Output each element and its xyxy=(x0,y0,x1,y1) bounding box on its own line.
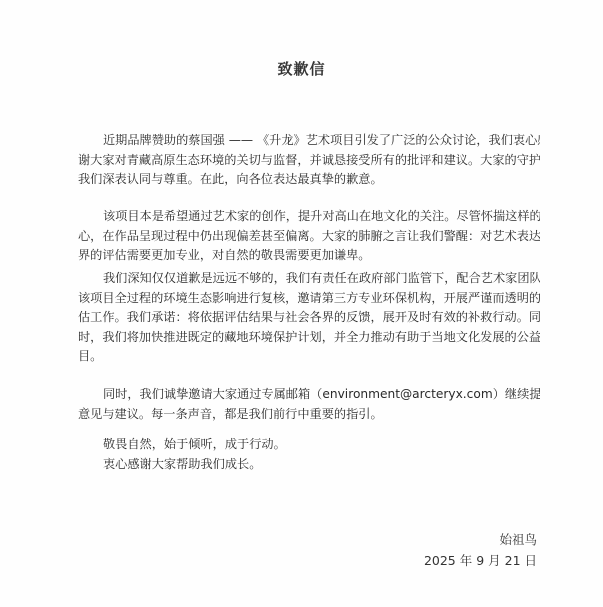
paragraph-4: 同时，我们诚挚邀请大家通过专属邮箱（environment@arcteryx.c… xyxy=(78,385,540,424)
paragraph-line: 目。 xyxy=(78,347,540,367)
paragraph-3: 我们深知仅仅道歉是远远不够的，我们有责任在政府部门监管下，配合艺术家团队对 该项… xyxy=(78,269,540,367)
paragraph-line: 界的评估需要更加专业，对自然的敬畏需要更加谦卑。 xyxy=(78,246,540,266)
paragraph-1: 近期品牌赞助的蔡国强 —— 《升龙》艺术项目引发了广泛的公众讨论，我们衷心感 谢… xyxy=(78,131,540,190)
letter-date: 2025 年 9 月 21 日 xyxy=(424,551,537,569)
paragraph-line: 我们深表认同与尊重。在此，向各位表达最真挚的歉意。 xyxy=(78,170,540,190)
closing-line-1: 敬畏自然，始于倾听，成于行动。 xyxy=(78,435,540,455)
paragraph-line: 时，我们将加快推进既定的藏地环境保护计划，并全力推动有助于当地文化发展的公益项 xyxy=(78,328,540,348)
closing-text: 敬畏自然，始于倾听，成于行动。 xyxy=(78,435,540,455)
signature: 始祖鸟 xyxy=(499,530,537,548)
paragraph-line: 心，在作品呈现过程中仍出现偏差甚至偏离。大家的肺腑之言让我们警醒：对艺术表达边 xyxy=(78,227,540,247)
letter-page: 致歉信 近期品牌赞助的蔡国强 —— 《升龙》艺术项目引发了广泛的公众讨论，我们衷… xyxy=(0,0,603,607)
paragraph-line: 近期品牌赞助的蔡国强 —— 《升龙》艺术项目引发了广泛的公众讨论，我们衷心感 xyxy=(78,131,540,151)
closing-line-2: 衷心感谢大家帮助我们成长。 xyxy=(78,455,540,475)
paragraph-line: 我们深知仅仅道歉是远远不够的，我们有责任在政府部门监管下，配合艺术家团队对 xyxy=(78,269,540,289)
paragraph-line: 该项目本是希望通过艺术家的创作，提升对高山在地文化的关注。尽管怀揣这样的初 xyxy=(78,207,540,227)
paragraph-line: 该项目全过程的环境生态影响进行复核，邀请第三方专业环保机构，开展严谨而透明的评 xyxy=(78,289,540,309)
paragraph-line: 同时，我们诚挚邀请大家通过专属邮箱（environment@arcteryx.c… xyxy=(78,385,540,405)
closing-text: 衷心感谢大家帮助我们成长。 xyxy=(78,455,540,475)
paragraph-2: 该项目本是希望通过艺术家的创作，提升对高山在地文化的关注。尽管怀揣这样的初 心，… xyxy=(78,207,540,266)
paragraph-line: 谢大家对青藏高原生态环境的关切与监督，并诚恳接受所有的批评和建议。大家的守护， xyxy=(78,151,540,171)
letter-title: 致歉信 xyxy=(0,58,603,79)
paragraph-line: 估工作。我们承诺：将依据评估结果与社会各界的反馈，展开及时有效的补救行动。同 xyxy=(78,308,540,328)
paragraph-line: 意见与建议。每一条声音，都是我们前行中重要的指引。 xyxy=(78,405,540,425)
